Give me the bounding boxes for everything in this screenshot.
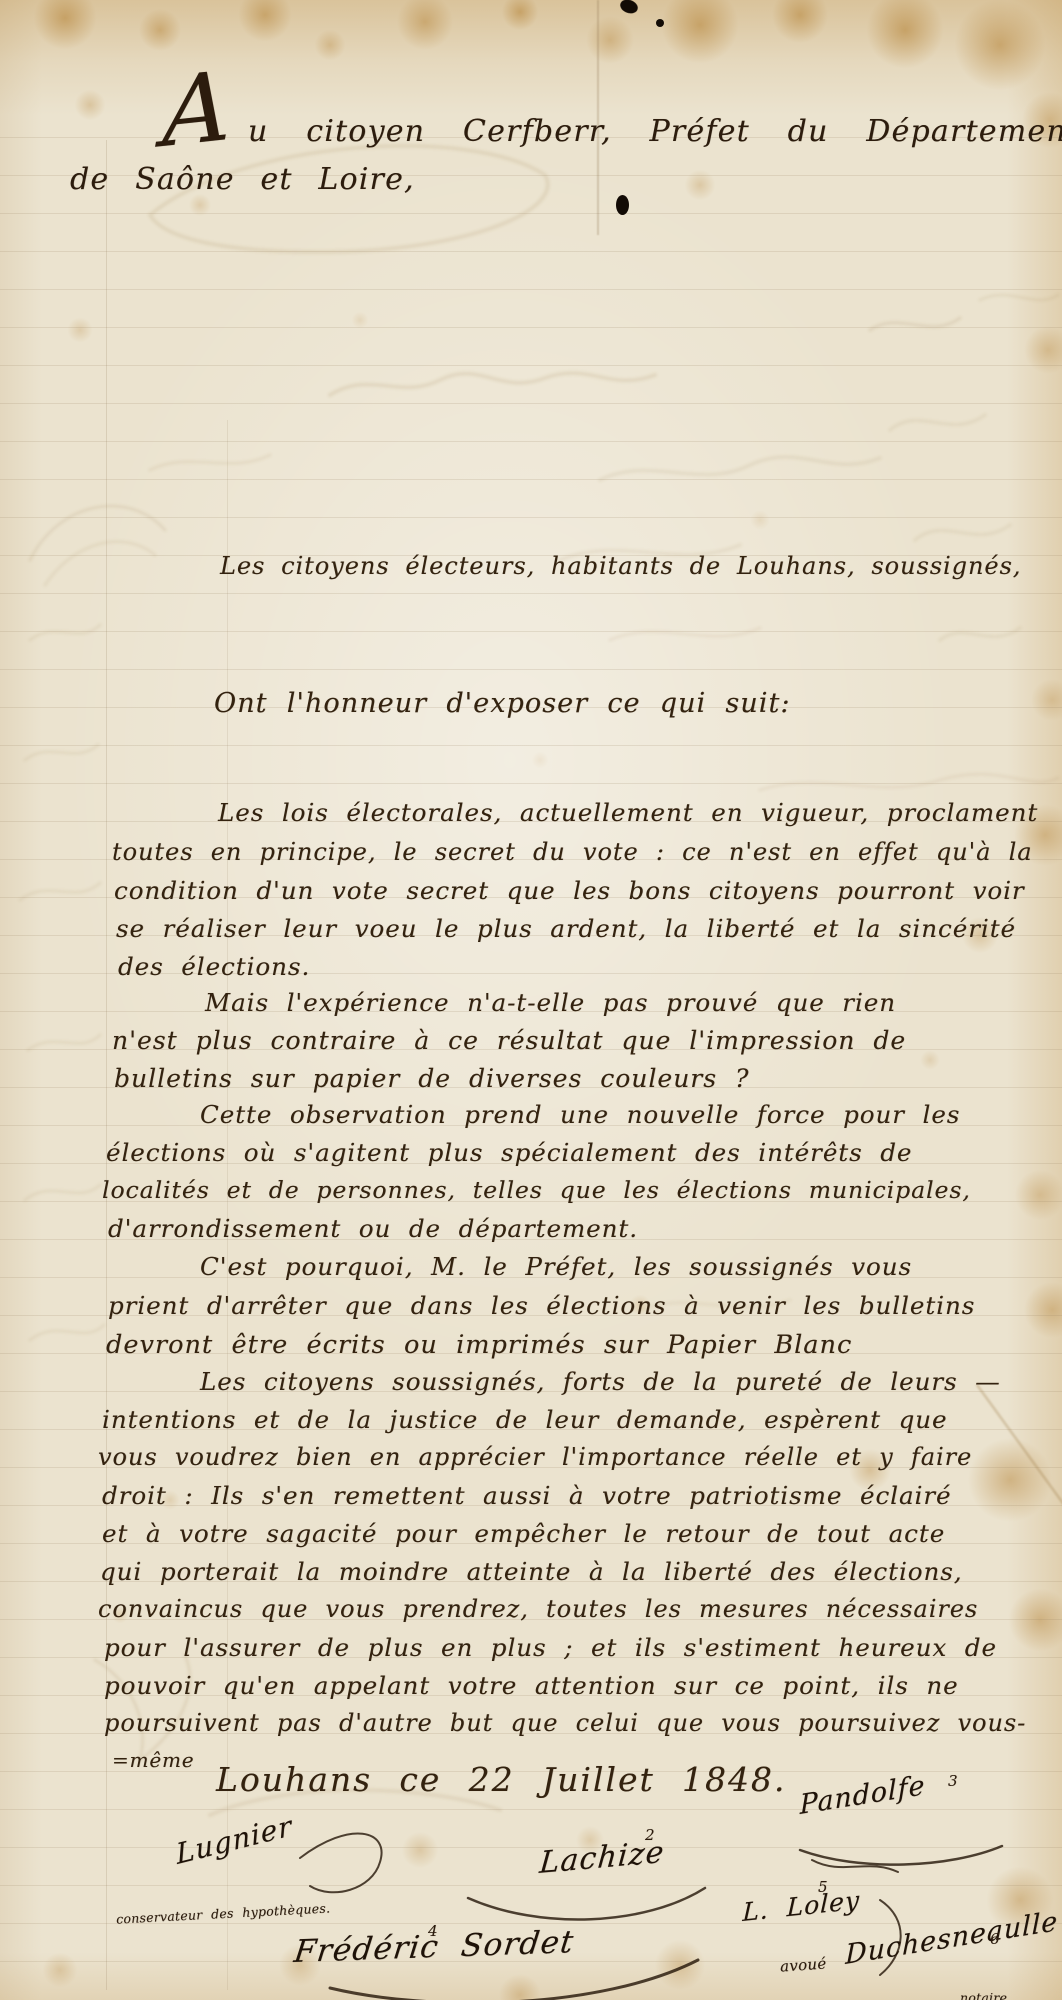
manuscript-line: pour l'assurer de plus en plus ; et ils … — [104, 1633, 997, 1662]
signature-lugnier: Lugnier — [175, 1809, 294, 1871]
manuscript-line: Cette observation prend une nouvelle for… — [200, 1100, 960, 1129]
manuscript-page: A u citoyen Cerfberr, Préfet du Départem… — [0, 0, 1062, 2000]
manuscript-line: condition d'un vote secret que les bons … — [114, 876, 1025, 905]
signature-pandolfe-number: 3 — [948, 1772, 958, 1790]
signature-notaire-number: 6 — [990, 1930, 1000, 1948]
manuscript-line: Mais l'expérience n'a-t-elle pas prouvé … — [205, 988, 896, 1017]
manuscript-line: =même — [112, 1748, 194, 1772]
ink-blot — [616, 195, 629, 215]
manuscript-line: qui porterait la moindre atteinte à la l… — [100, 1557, 963, 1586]
signature-loley-number: 5 — [818, 1878, 828, 1896]
heading-initial: A — [162, 68, 234, 152]
manuscript-line: pouvoir qu'en appelant votre attention s… — [104, 1671, 959, 1700]
signature-loley-caption: avoué — [779, 1954, 827, 1975]
signature-pandolfe: Pandolfe — [799, 1770, 925, 1821]
manuscript-line: intentions et de la justice de leur dema… — [102, 1405, 948, 1434]
manuscript-line: convaincus que vous prendrez, toutes les… — [98, 1595, 978, 1623]
manuscript-line: Les citoyens soussignés, forts de la pur… — [200, 1367, 1001, 1396]
manuscript-line: n'est plus contraire à ce résultat que l… — [112, 1026, 906, 1055]
manuscript-line: d'arrondissement ou de département. — [108, 1214, 638, 1243]
manuscript-line: toutes en principe, le secret du vote : … — [112, 838, 1033, 866]
signature-loley: L. Loley — [742, 1885, 860, 1927]
manuscript-line: localités et de personnes, telles que le… — [102, 1176, 971, 1204]
opening-line: Les citoyens électeurs, habitants de Lou… — [220, 552, 1021, 580]
manuscript-line: devront être écrits ou imprimés sur Papi… — [106, 1330, 852, 1360]
manuscript-line: C'est pourquoi, M. le Préfet, les soussi… — [200, 1252, 912, 1281]
manuscript-line: et à votre sagacité pour empêcher le ret… — [102, 1519, 945, 1548]
fold-crease-corner — [976, 1384, 1062, 1628]
margin-rule-inner — [227, 420, 228, 1990]
manuscript-line: des élections. — [118, 952, 310, 981]
exposition-line: Ont l'honneur d'exposer ce qui suit: — [214, 688, 791, 719]
manuscript-line: se réaliser leur voeu le plus ardent, la… — [116, 914, 1016, 943]
signature-lachize-number: 2 — [645, 1826, 655, 1844]
ink-blot — [656, 19, 664, 27]
heading-line-2: de Saône et Loire, — [70, 162, 415, 197]
manuscript-line: vous voudrez bien en apprécier l'importa… — [98, 1443, 972, 1471]
manuscript-line: droit : Ils s'en remettent aussi à votre… — [102, 1481, 952, 1510]
signature-lugnier-caption: conservateur des hypothèques. — [116, 1900, 331, 1926]
signature-notaire: Duchesneaulle — [845, 1906, 1058, 1971]
signature-notaire-caption: notaire — [960, 1990, 1007, 2000]
manuscript-line: prient d'arrêter que dans les élections … — [108, 1291, 975, 1320]
manuscript-line: élections où s'agitent plus spécialement… — [106, 1138, 912, 1167]
manuscript-line: poursuivent pas d'autre but que celui qu… — [104, 1709, 1026, 1737]
manuscript-line: bulletins sur papier de diverses couleur… — [114, 1064, 749, 1093]
dateline: Louhans ce 22 Juillet 1848. — [216, 1760, 786, 1799]
heading-line-1: u citoyen Cerfberr, Préfet du Départemen… — [248, 114, 1062, 149]
manuscript-line: Les lois électorales, actuellement en vi… — [218, 798, 1038, 827]
signature-frederic-number: 4 — [428, 1922, 438, 1940]
ink-blot — [618, 0, 639, 16]
